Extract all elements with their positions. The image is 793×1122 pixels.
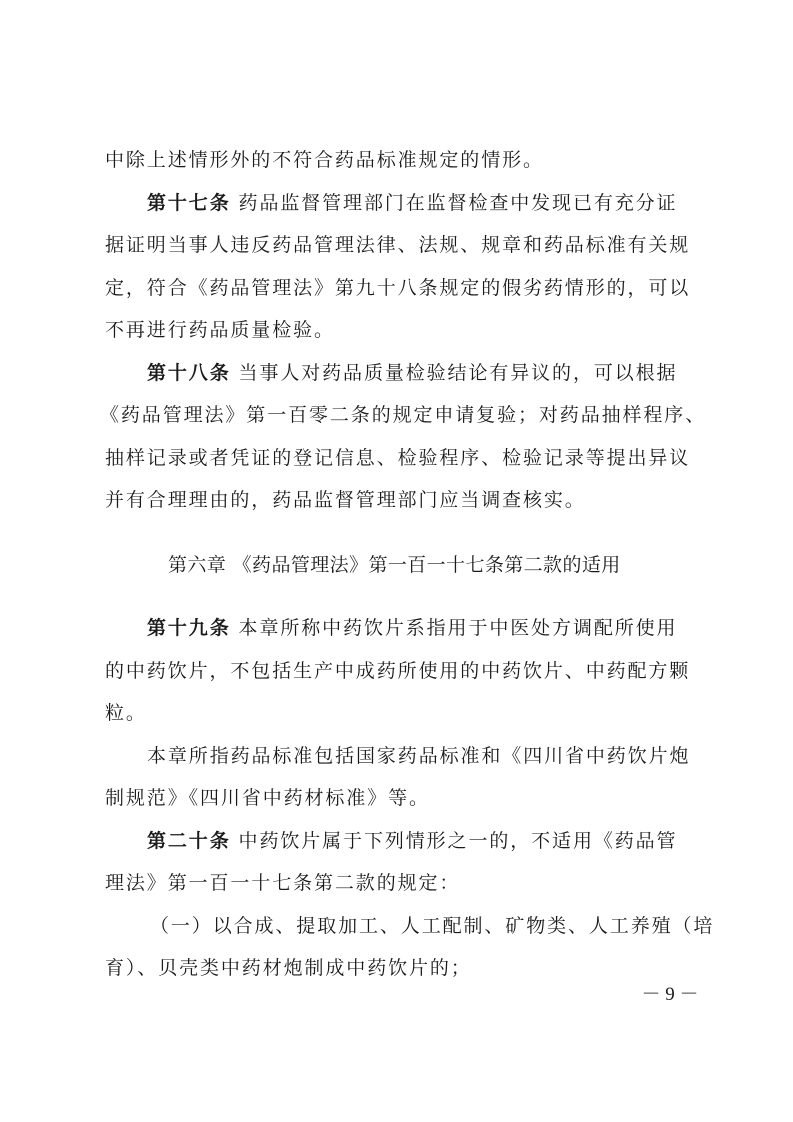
article-17-line-4: 不再进行药品质量检验。	[105, 309, 695, 351]
article-17-line-3: 定，符合《药品管理法》第九十八条规定的假劣药情形的，可以	[105, 267, 695, 309]
standards-paragraph-line-1: 本章所指药品标准包括国家药品标准和《四川省中药饮片炮	[147, 735, 695, 777]
article-number: 第十七条	[147, 192, 231, 214]
text-line: 抽样记录或者凭证的登记信息、检验程序、检验记录等提出异议	[105, 447, 690, 469]
item-1-line-1: （一）以合成、提取加工、人工配制、矿物类、人工养殖（培	[150, 905, 698, 947]
article-19-line-1: 第十九条 本章所称中药饮片系指用于中医处方调配所使用	[147, 607, 695, 649]
text-line: 制规范》《四川省中药材标准》等。	[105, 787, 430, 809]
text-line: 粒。	[105, 702, 147, 724]
text-line: 中除上述情形外的不符合药品标准规定的情形。	[105, 149, 544, 171]
paragraph-continuation: 中除上述情形外的不符合药品标准规定的情形。	[105, 139, 695, 181]
item-1-line-2: 育）、贝壳类中药材炮制成中药饮片的；	[105, 947, 695, 989]
text-line: 并有合理理由的，药品监督管理部门应当调查核实。	[105, 489, 586, 511]
text-line: 当事人对药品质量检验结论有异议的，可以根据	[231, 362, 678, 384]
text-line: 的中药饮片，不包括生产中成药所使用的中药饮片、中药配方颗	[105, 660, 690, 682]
text-line: 《药品管理法》第一百零二条的规定申请复验；对药品抽样程序、	[100, 404, 706, 426]
article-20-line-2: 理法》第一百一十七条第二款的规定：	[105, 862, 695, 904]
text-line: 理法》第一百一十七条第二款的规定：	[105, 872, 460, 894]
text-line: 定，符合《药品管理法》第九十八条规定的假劣药情形的，可以	[105, 277, 690, 299]
article-19-line-3: 粒。	[105, 692, 695, 734]
text-line: 据证明当事人违反药品管理法律、法规、规章和药品标准有关规	[105, 234, 690, 256]
article-19-line-2: 的中药饮片，不包括生产中成药所使用的中药饮片、中药配方颗	[105, 650, 695, 692]
article-number: 第十八条	[147, 362, 231, 384]
article-17-line-1: 第十七条 药品监督管理部门在监督检查中发现已有充分证	[147, 182, 695, 224]
article-number: 第二十条	[147, 830, 231, 852]
article-number: 第十九条	[147, 617, 231, 639]
page-number: － 9 －	[640, 980, 700, 1010]
article-20-line-1: 第二十条 中药饮片属于下列情形之一的，不适用《药品管	[147, 820, 695, 862]
text-line: 本章所指药品标准包括国家药品标准和《四川省中药饮片炮	[147, 745, 690, 767]
text-line: 中药饮片属于下列情形之一的，不适用《药品管	[231, 830, 678, 852]
standards-paragraph-line-2: 制规范》《四川省中药材标准》等。	[105, 777, 695, 819]
text-line: （一）以合成、提取加工、人工配制、矿物类、人工养殖（培	[150, 915, 714, 937]
text-line: 药品监督管理部门在监督检查中发现已有充分证	[231, 192, 678, 214]
chapter-heading: 第六章 《药品管理法》第一百一十七条第二款的适用	[168, 544, 638, 586]
article-18-line-3: 抽样记录或者凭证的登记信息、检验程序、检验记录等提出异议	[105, 437, 695, 479]
text-line: 育）、贝壳类中药材炮制成中药饮片的；	[105, 957, 472, 979]
document-page: 中除上述情形外的不符合药品标准规定的情形。 第十七条 药品监督管理部门在监督检查…	[0, 0, 793, 1122]
article-18-line-2: 《药品管理法》第一百零二条的规定申请复验；对药品抽样程序、	[100, 394, 690, 436]
text-line: 不再进行药品质量检验。	[105, 319, 335, 341]
article-18-line-1: 第十八条 当事人对药品质量检验结论有异议的，可以根据	[147, 352, 695, 394]
article-17-line-2: 据证明当事人违反药品管理法律、法规、规章和药品标准有关规	[105, 224, 695, 266]
article-18-line-4: 并有合理理由的，药品监督管理部门应当调查核实。	[105, 479, 695, 521]
text-line: 本章所称中药饮片系指用于中医处方调配所使用	[231, 617, 678, 639]
